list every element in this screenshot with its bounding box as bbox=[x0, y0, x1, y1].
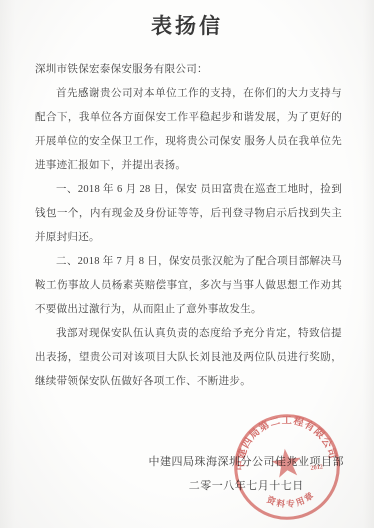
letter-body: 深圳市铁保宏泰保安服务有限公司： 首先感谢贵公司对本单位工作的支持，在你们的大力… bbox=[35, 58, 342, 394]
salutation-line: 深圳市铁保宏泰保安服务有限公司： bbox=[35, 58, 342, 82]
commendation-letter-page: 表扬信 深圳市铁保宏泰保安服务有限公司： 首先感谢贵公司对本单位工作的支持，在你… bbox=[0, 0, 374, 528]
stamp-graphic: 中建四局第二工程有限公司 2012 资料专用章 bbox=[222, 402, 351, 528]
paragraph-item-2: 二、2018 年 7 月 8 日，保安员张汉舵为了配合项目部解决马鞍工伤事故人员… bbox=[35, 250, 342, 322]
paragraph-closing: 我部对现保安队伍认真负责的态度给予充分肯定，特致信提出表扬，望贵公司对该项目大队… bbox=[35, 322, 342, 394]
letter-title: 表扬信 bbox=[0, 10, 374, 40]
stamp-bottom-text: 资料专用章 bbox=[264, 488, 318, 512]
stamp-number: 2012 bbox=[310, 463, 323, 471]
paragraph-intro: 首先感谢贵公司对本单位工作的支持，在你们的大力支持与配合下，我单位各方面保安工作… bbox=[35, 82, 342, 178]
red-seal-stamp: 中建四局第二工程有限公司 2012 资料专用章 bbox=[222, 402, 351, 528]
stamp-star-icon bbox=[270, 447, 303, 478]
paragraph-item-1: 一、2018 年 6 月 28 日，保安 员田富贵在巡查工地时，捡到钱包一个，内… bbox=[35, 178, 342, 250]
